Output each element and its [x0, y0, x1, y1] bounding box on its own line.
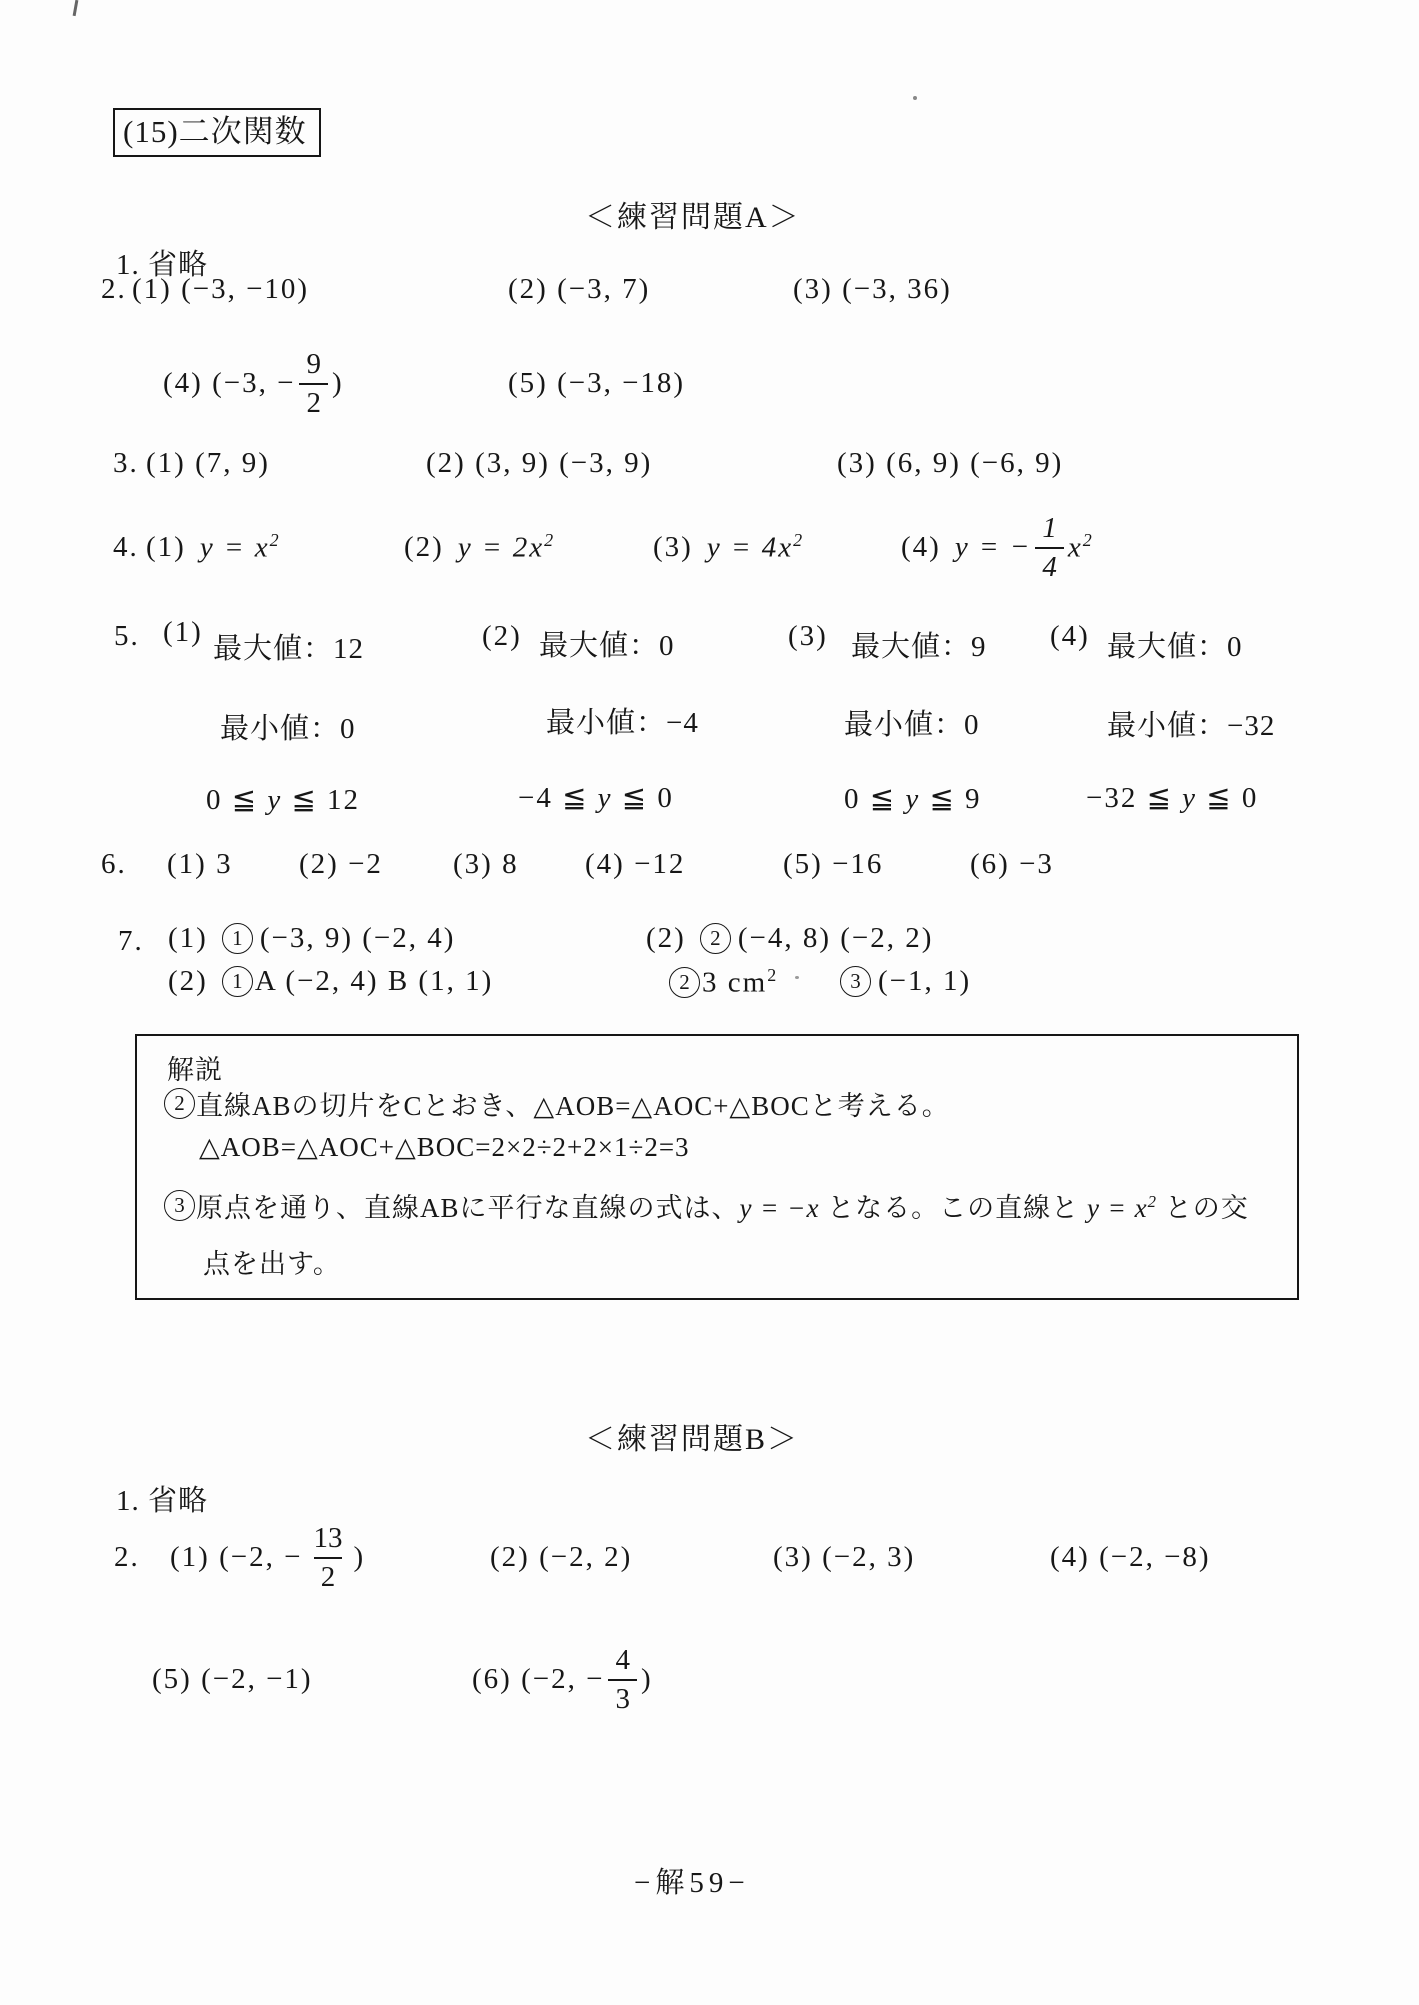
- a-answer-4-1-label: (1): [146, 531, 186, 564]
- a-answer-6-4: (4) −12: [585, 848, 685, 881]
- a-answer-5-4-min: 最小値：−32: [1107, 703, 1275, 744]
- circled-1-icon: 1: [222, 966, 253, 997]
- circled-3-icon: 3: [840, 966, 871, 997]
- a-answer-4-3-math: y = 4x2: [707, 530, 804, 565]
- fraction-9-2: 92: [299, 349, 328, 418]
- a-answer-7-2-3: 3 (−1, 1): [838, 965, 971, 998]
- a-answer-7-2-1: (2) 1 A (−2, 4) B (1, 1): [168, 965, 493, 998]
- a-problem-7-label: 7.: [118, 925, 144, 958]
- a-answer-4-2-math: y = 2x2: [458, 530, 555, 565]
- a-answer-7-2-2: 2 3 cm2: [667, 965, 778, 1000]
- a-answer-5-2-range: −4 ≦ y ≦ 0: [518, 780, 674, 815]
- fraction-denominator: 2: [299, 383, 328, 418]
- fraction-denominator: 2: [314, 1557, 343, 1592]
- a-answer-4-1: (1) y = x2: [146, 500, 281, 595]
- circled-2-icon: 2: [700, 923, 731, 954]
- b-answer-2-2: (2) (−2, 2): [490, 1510, 632, 1605]
- a-answer-4-4-label: (4): [901, 531, 941, 564]
- explanation-title: 解説: [167, 1048, 223, 1087]
- explanation-line-1-text: 直線ABの切片をCとおき、△AOB=△AOC+△BOCと考える。: [196, 1084, 950, 1123]
- fraction-denominator: 4: [1035, 547, 1064, 582]
- a-problem-4-no: 4.: [113, 531, 139, 564]
- b-problem-2-no: 2.: [114, 1541, 140, 1574]
- explanation-line-4: 点を出す。: [203, 1242, 341, 1281]
- a-answer-7-2-1-label: (2): [168, 965, 208, 998]
- a-answer-2-3: (3) (−3, 36): [793, 273, 952, 306]
- page-number: −解59−: [634, 1860, 750, 1901]
- a-answer-5-3-label: (3): [788, 620, 828, 653]
- a-answer-7-1-1-label: (1): [168, 922, 208, 955]
- b-answer-2-5: (5) (−2, −1): [152, 1632, 313, 1727]
- a-answer-5-1-label: (1): [163, 616, 203, 649]
- scan-dot-mid: [795, 976, 799, 979]
- a-answer-2-5: (5) (−3, −18): [508, 336, 685, 431]
- b-answer-2-1: (1) (−2, −132): [170, 1510, 365, 1605]
- a-answer-5-4-label: (4): [1050, 620, 1090, 653]
- a-answer-4-4-x: x2: [1068, 530, 1094, 565]
- fraction-numerator: 1: [1035, 513, 1064, 546]
- b-answer-2-4-text: (4) (−2, −8): [1050, 1541, 1211, 1574]
- a-answer-6-1: (1) 3: [167, 848, 233, 881]
- a-answer-4-1-math: y = x2: [200, 530, 281, 565]
- a-problem-6-label: 6.: [101, 848, 127, 881]
- b-answer-2-1-pre: (1) (−2, −: [170, 1541, 302, 1574]
- a-answer-6-2: (2) −2: [299, 848, 383, 881]
- a-answer-2-4-pre: (4) (−3, −: [163, 367, 295, 400]
- b-answer-2-6: (6) (−2, −43): [472, 1632, 653, 1727]
- a-answer-2-1: (1) (−3, −10): [132, 273, 309, 306]
- fraction-numerator: 9: [299, 349, 328, 382]
- a-answer-4-3: (3) y = 4x2: [653, 500, 804, 595]
- a-answer-4-3-label: (3): [653, 531, 693, 564]
- a-answer-5-1-max: 最大値：12: [213, 626, 364, 667]
- a-answer-7-2-3-text: (−1, 1): [878, 965, 971, 998]
- a-answer-7-1-1-text: (−3, 9) (−2, 4): [260, 922, 456, 955]
- a-answer-4-2-label: (2): [404, 531, 444, 564]
- scan-mark-top: [73, 0, 79, 16]
- a-answer-4-4-pre: y = −: [955, 531, 1032, 564]
- a-answer-7-2-1-text: A (−2, 4) B (1, 1): [255, 965, 493, 998]
- a-answer-7-1-2-label: (2): [646, 922, 686, 955]
- a-answer-3-2: (2) (3, 9) (−3, 9): [426, 447, 652, 480]
- explanation-line-3-text: 原点を通り、直線ABに平行な直線の式は、y = −x となる。この直線と y =…: [196, 1186, 1249, 1225]
- a-answer-5-3-range: 0 ≦ y ≦ 9: [844, 781, 982, 816]
- a-problem-4-label: 4.: [113, 500, 139, 595]
- a-answer-7-1-2-text: (−4, 8) (−2, 2): [738, 922, 934, 955]
- a-answer-5-2-max: 最大値：0: [539, 623, 675, 664]
- fraction-13-2: 132: [306, 1523, 349, 1592]
- a-problem-5-label: 5.: [114, 620, 140, 653]
- scan-dot-right: [913, 96, 917, 100]
- explanation-line-3: 3 原点を通り、直線ABに平行な直線の式は、y = −x となる。この直線と y…: [164, 1186, 1249, 1225]
- b-answer-2-6-pre: (6) (−2, −: [472, 1663, 604, 1696]
- a-answer-7-1-2: (2) 2 (−4, 8) (−2, 2): [646, 922, 933, 955]
- a-answer-3-1: (1) (7, 9): [146, 447, 270, 480]
- a-answer-2-4-post: ): [332, 367, 344, 400]
- fraction-denominator: 3: [608, 1679, 637, 1714]
- circled-3-icon: 3: [164, 1190, 195, 1221]
- a-answer-3-3: (3) (6, 9) (−6, 9): [837, 447, 1063, 480]
- circled-1-icon: 1: [222, 923, 253, 954]
- a-answer-5-1-range: 0 ≦ y ≦ 12: [206, 782, 360, 817]
- fraction-4-3: 43: [608, 1645, 637, 1714]
- explanation-line-2: △AOB=△AOC+△BOC=2×2÷2+2×1÷2=3: [199, 1132, 690, 1163]
- a-answer-5-3-min: 最小値：0: [844, 702, 980, 743]
- explanation-line-1: 2 直線ABの切片をCとおき、△AOB=△AOC+△BOCと考える。: [164, 1084, 950, 1123]
- a-answer-6-3: (3) 8: [453, 848, 519, 881]
- b-answer-2-3: (3) (−2, 3): [773, 1510, 915, 1605]
- a-answer-2-4: (4) (−3, −92): [163, 336, 344, 431]
- b-answer-2-2-text: (2) (−2, 2): [490, 1541, 632, 1574]
- a-answer-6-5: (5) −16: [783, 848, 883, 881]
- a-answer-5-4-max: 最大値：0: [1107, 624, 1243, 665]
- a-answer-7-2-2-text: 3 cm2: [702, 965, 778, 1000]
- circled-2-icon: 2: [669, 967, 700, 998]
- section-b-header: ＜練習問題B＞: [585, 1414, 799, 1458]
- fraction-numerator: 13: [306, 1523, 349, 1556]
- b-answer-2-4: (4) (−2, −8): [1050, 1510, 1211, 1605]
- a-answer-6-6: (6) −3: [970, 848, 1054, 881]
- b-answer-2-5-text: (5) (−2, −1): [152, 1663, 313, 1696]
- b-answer-2-1-post: ): [353, 1541, 365, 1574]
- a-answer-5-2-label: (2): [482, 620, 522, 653]
- explanation-box: 解説 2 直線ABの切片をCとおき、△AOB=△AOC+△BOCと考える。 △A…: [135, 1034, 1299, 1300]
- a-answer-2-2: (2) (−3, 7): [508, 273, 650, 306]
- a-answer-7-1-1: (1) 1 (−3, 9) (−2, 4): [168, 922, 455, 955]
- a-answer-5-1-min: 最小値：0: [220, 706, 356, 747]
- a-answer-5-4-range: −32 ≦ y ≦ 0: [1086, 780, 1258, 815]
- fraction-numerator: 4: [608, 1645, 637, 1678]
- a-answer-5-2-min: 最小値：−4: [546, 700, 699, 741]
- page-title: (15)二次関数: [113, 108, 321, 157]
- circled-2-icon: 2: [164, 1088, 195, 1119]
- section-a-header: ＜練習問題A＞: [585, 192, 801, 236]
- a-answer-4-4: (4) y = −14x2: [901, 500, 1094, 595]
- a-problem-2-label: 2.: [101, 273, 127, 306]
- b-problem-2-label: 2.: [114, 1510, 140, 1605]
- a-answer-5-3-max: 最大値：9: [851, 624, 987, 665]
- b-answer-2-6-post: ): [641, 1663, 653, 1696]
- a-answer-4-2: (2) y = 2x2: [404, 500, 555, 595]
- fraction-1-4: 14: [1035, 513, 1064, 582]
- a-problem-3-label: 3.: [113, 447, 139, 480]
- answer-sheet-page: (15)二次関数 ＜練習問題A＞ 1. 省略 2. (1) (−3, −10) …: [0, 0, 1419, 2005]
- b-answer-2-3-text: (3) (−2, 3): [773, 1541, 915, 1574]
- a-answer-2-5-text: (5) (−3, −18): [508, 367, 685, 400]
